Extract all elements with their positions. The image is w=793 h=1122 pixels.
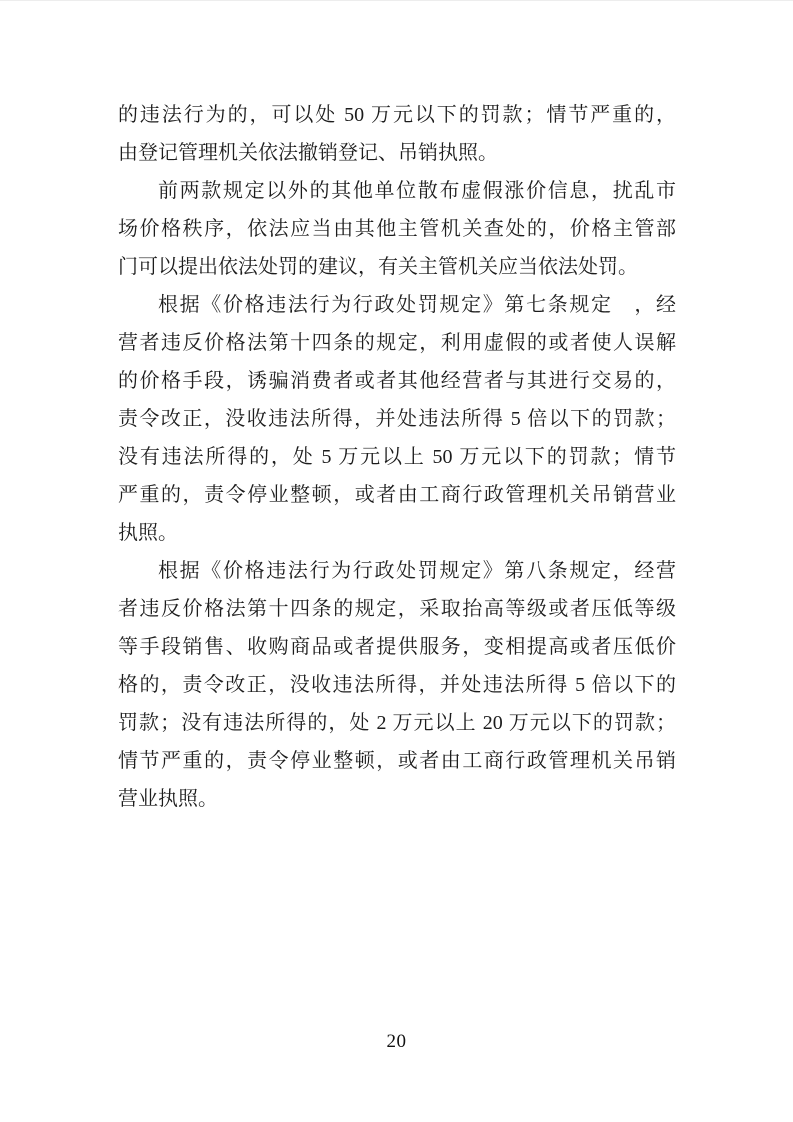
text-line: 前两款规定以外的其他单位散布虚假涨价信息，扰乱市: [118, 172, 676, 210]
page-number: 20: [0, 1031, 793, 1053]
text-line: 情节严重的，责令停业整顿，或者由工商行政管理机关吊销: [118, 742, 676, 780]
text-line: 格的，责令改正，没收违法所得，并处违法所得 5 倍以下的: [118, 666, 676, 704]
text-line: 由登记管理机关依法撤销登记、吊销执照。: [118, 134, 676, 172]
text-line: 根据《价格违法行为行政处罚规定》第八条规定，经营: [118, 552, 676, 590]
text-line: 没有违法所得的，处 5 万元以上 50 万元以下的罚款；情节: [118, 438, 676, 476]
text-line: 等手段销售、收购商品或者提供服务，变相提高或者压低价: [118, 628, 676, 666]
text-line: 营者违反价格法第十四条的规定，利用虚假的或者使人误解: [118, 324, 676, 362]
text-line: 责令改正，没收违法所得，并处违法所得 5 倍以下的罚款；: [118, 400, 676, 438]
text-line: 场价格秩序，依法应当由其他主管机关查处的，价格主管部: [118, 210, 676, 248]
text-line: 的违法行为的，可以处 50 万元以下的罚款；情节严重的，: [118, 96, 676, 134]
text-line: 严重的，责令停业整顿，或者由工商行政管理机关吊销营业: [118, 476, 676, 514]
text-line: 执照。: [118, 514, 676, 552]
text-line: 门可以提出依法处罚的建议，有关主管机关应当依法处罚。: [118, 248, 676, 286]
page-top-edge: [0, 0, 793, 1]
text-line: 根据《价格违法行为行政处罚规定》第七条规定 ，经: [118, 286, 676, 324]
document-page: 的违法行为的，可以处 50 万元以下的罚款；情节严重的，由登记管理机关依法撤销登…: [0, 0, 793, 1122]
text-line: 的价格手段，诱骗消费者或者其他经营者与其进行交易的，: [118, 362, 676, 400]
text-line: 者违反价格法第十四条的规定，采取抬高等级或者压低等级: [118, 590, 676, 628]
document-body: 的违法行为的，可以处 50 万元以下的罚款；情节严重的，由登记管理机关依法撤销登…: [118, 96, 676, 818]
text-line: 营业执照。: [118, 780, 676, 818]
text-line: 罚款；没有违法所得的，处 2 万元以上 20 万元以下的罚款；: [118, 704, 676, 742]
